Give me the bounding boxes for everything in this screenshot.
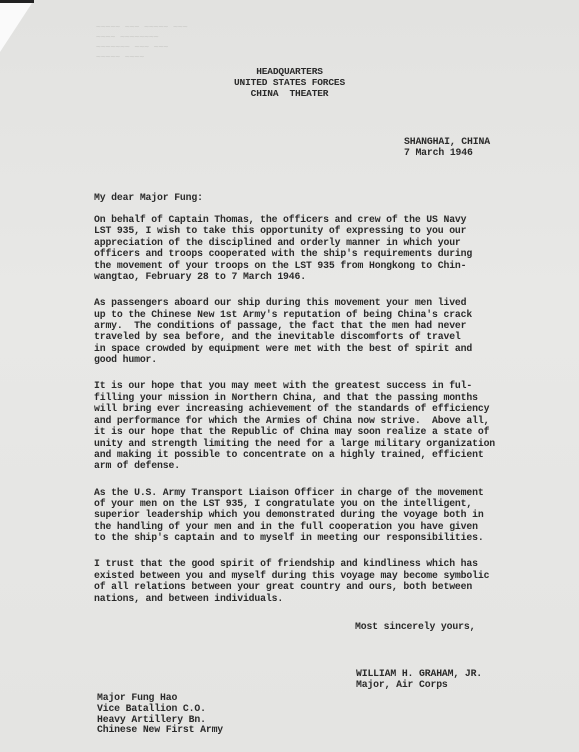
letterhead-line: UNITED STATES FORCES bbox=[0, 77, 579, 88]
letter-body: On behalf of Captain Thomas, the officer… bbox=[94, 214, 554, 619]
paragraph: On behalf of Captain Thomas, the officer… bbox=[94, 214, 554, 282]
letter-page: ~~~~~ ~~~ ~~~~~ ~~~ ~~~~ ~~~~~~~~ ~~~~~~… bbox=[0, 0, 579, 752]
recipient-line: Vice Batallion C.O. bbox=[97, 704, 223, 715]
letterhead-line: CHINA THEATER bbox=[0, 88, 579, 99]
paragraph: As the U.S. Army Transport Liaison Offic… bbox=[94, 487, 554, 544]
date: 7 March 1946 bbox=[404, 147, 490, 158]
letterhead-line: HEADQUARTERS bbox=[0, 66, 579, 77]
signer-title: Major, Air Corps bbox=[356, 679, 482, 690]
signature-block: WILLIAM H. GRAHAM, JR. Major, Air Corps bbox=[356, 668, 482, 690]
place-date-block: SHANGHAI, CHINA 7 March 1946 bbox=[404, 136, 490, 158]
signer-name: WILLIAM H. GRAHAM, JR. bbox=[356, 668, 482, 679]
paragraph: As passengers aboard our ship during thi… bbox=[94, 297, 554, 365]
closing: Most sincerely yours, bbox=[355, 621, 475, 632]
recipient-line: Chinese New First Army bbox=[97, 725, 223, 736]
bleed-through-text: ~~~~~ ~~~ ~~~~~ ~~~ ~~~~ ~~~~~~~~ ~~~~~~… bbox=[96, 22, 188, 62]
page-edge bbox=[0, 0, 34, 3]
salutation: My dear Major Fung: bbox=[94, 192, 203, 203]
paragraph: It is our hope that you may meet with th… bbox=[94, 380, 554, 471]
letterhead: HEADQUARTERS UNITED STATES FORCES CHINA … bbox=[0, 66, 579, 99]
paragraph: I trust that the good spirit of friendsh… bbox=[94, 558, 554, 604]
recipient-address: Major Fung Hao Vice Batallion C.O. Heavy… bbox=[97, 693, 223, 736]
folded-corner bbox=[0, 0, 34, 52]
place: SHANGHAI, CHINA bbox=[404, 136, 490, 147]
